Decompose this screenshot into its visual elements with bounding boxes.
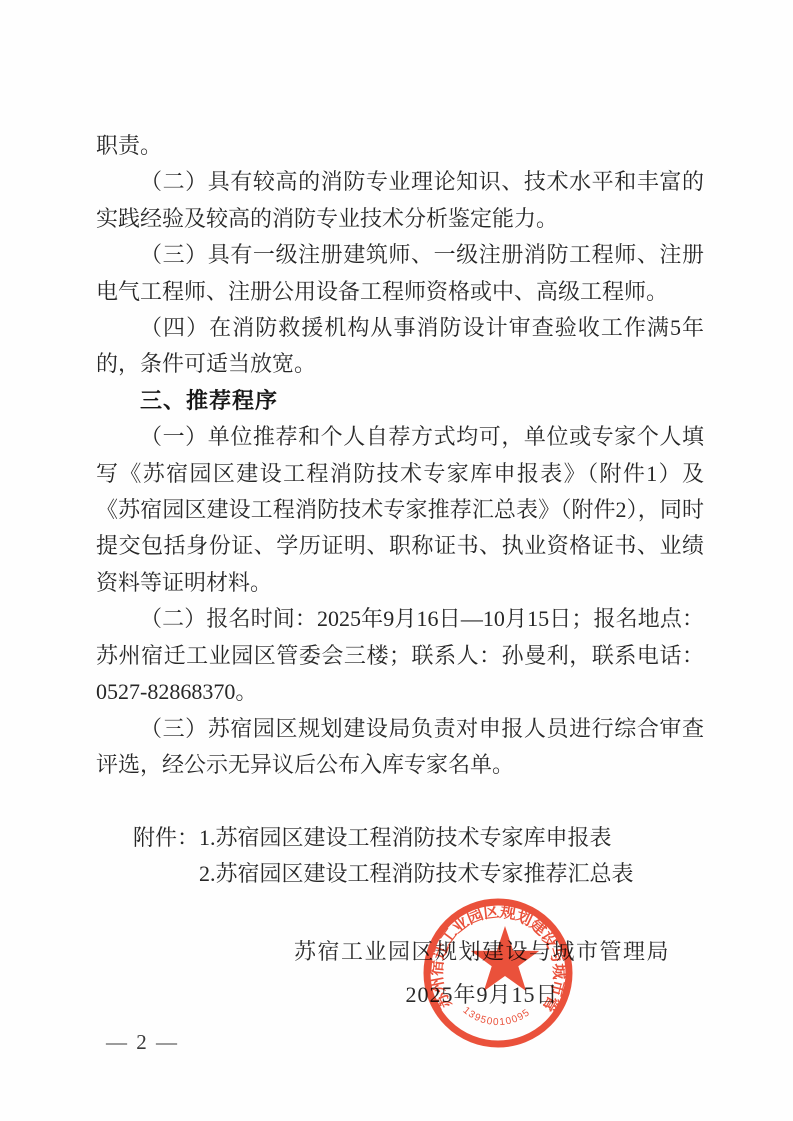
paragraph: （三）苏宿园区规划建设局负责对申报人员进行综合审查评选，经公示无异议后公布入库专…	[96, 711, 704, 784]
signature-date: 2025年9月15日	[262, 977, 702, 1013]
attachment-line: 附件：1.苏宿园区建设工程消防技术专家库申报表	[133, 820, 704, 856]
document-page: 职责。 （二）具有较高的消防专业理论知识、技术水平和丰富的实践经验及较高的消防专…	[0, 0, 793, 1121]
paragraph: （一）单位推荐和个人自荐方式均可，单位或专家个人填写《苏宿园区建设工程消防技术专…	[96, 419, 704, 601]
paragraph: （二）具有较高的消防专业理论知识、技术水平和丰富的实践经验及较高的消防专业技术分…	[96, 164, 704, 237]
attachments-label: 附件：	[133, 825, 199, 850]
paragraph: （二）报名时间：2025年9月16日—10月15日；报名地点：苏州宿迁工业园区管…	[96, 601, 704, 710]
attachment-line: 2.苏宿园区建设工程消防技术专家推荐汇总表	[133, 856, 704, 892]
attachments-block: 附件：1.苏宿园区建设工程消防技术专家库申报表 2.苏宿园区建设工程消防技术专家…	[133, 820, 704, 893]
page-number: — 2 —	[106, 1030, 179, 1055]
attachment-item: 2.苏宿园区建设工程消防技术专家推荐汇总表	[199, 861, 634, 886]
paragraph: （三）具有一级注册建筑师、一级注册消防工程师、注册电气工程师、注册公用设备工程师…	[96, 237, 704, 310]
signature-block: 苏宿工业园区规划建设与城市管理局 2025年9月15日	[262, 934, 702, 1013]
paragraph: 职责。	[96, 128, 704, 164]
section-heading: 三、推荐程序	[96, 383, 704, 419]
paragraph: （四）在消防救援机构从事消防设计审查验收工作满5年的，条件可适当放宽。	[96, 310, 704, 383]
signature-organization: 苏宿工业园区规划建设与城市管理局	[262, 934, 702, 970]
document-body: 职责。 （二）具有较高的消防专业理论知识、技术水平和丰富的实践经验及较高的消防专…	[96, 128, 704, 893]
attachment-item: 1.苏宿园区建设工程消防技术专家库申报表	[199, 825, 612, 850]
